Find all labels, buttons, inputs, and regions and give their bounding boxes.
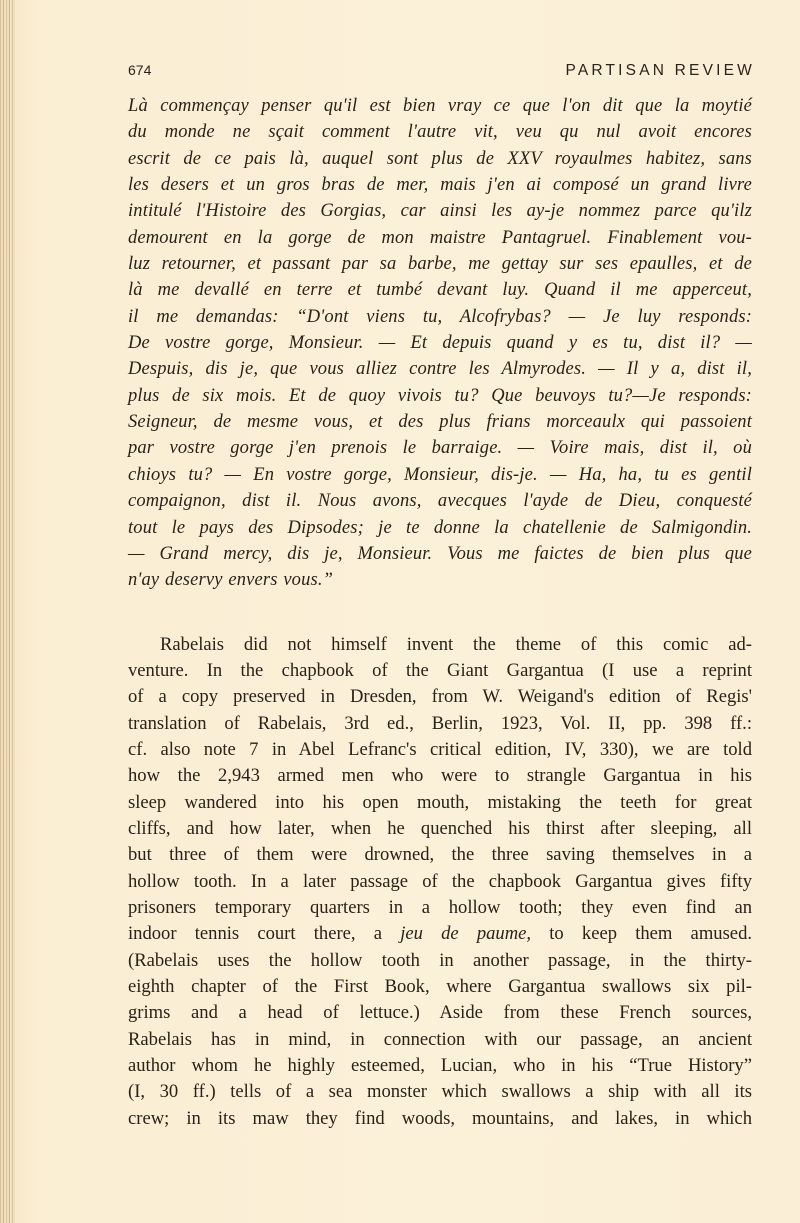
page-header: 674 PARTISAN REVIEW xyxy=(128,62,752,84)
page-number: 674 xyxy=(128,62,151,78)
prose-line: of a copy preserved in Dresden, from W. … xyxy=(128,684,752,710)
prose-text: to keep them amused. xyxy=(531,923,752,944)
prose-line: but three of them were drowned, the thre… xyxy=(128,842,752,868)
prose-line: Rabelais has in mind, in connection with… xyxy=(128,1027,752,1053)
page-body: Là commençay penser qu'il est bien vray … xyxy=(128,93,752,1132)
quote-line: par vostre gorge j'en prenois le barraig… xyxy=(128,435,752,461)
quote-line: n'ay deservy envers vous.” xyxy=(128,567,752,593)
prose-line: crew; in its maw they find woods, mounta… xyxy=(128,1106,752,1132)
page-edge-stack xyxy=(0,0,15,1223)
quote-line: les desers et un gros bras de mer, mais … xyxy=(128,172,752,198)
prose-text: indoor tennis court there, a xyxy=(128,923,400,944)
commentary-paragraph: Rabelais did not himself invent the them… xyxy=(128,632,752,1133)
quote-line: — Grand mercy, dis je, Monsieur. Vous me… xyxy=(128,541,752,567)
quote-line: là me devallé en terre et tumbé devant l… xyxy=(128,277,752,303)
running-head: PARTISAN REVIEW xyxy=(565,62,755,80)
prose-line: how the 2,943 armed men who were to stra… xyxy=(128,763,752,789)
prose-line: translation of Rabelais, 3rd ed., Berlin… xyxy=(128,711,752,737)
quote-line: plus de six mois. Et de quoy vivois tu? … xyxy=(128,383,752,409)
prose-line: cf. also note 7 in Abel Lefranc's critic… xyxy=(128,737,752,763)
quote-line: du monde ne sçait comment l'autre vit, v… xyxy=(128,119,752,145)
quote-line: Seigneur, de mesme vous, et des plus fri… xyxy=(128,409,752,435)
prose-line: author whom he highly esteemed, Lucian, … xyxy=(128,1053,752,1079)
prose-line: grims and a head of lettuce.) Aside from… xyxy=(128,1000,752,1026)
italic-phrase: jeu de paume, xyxy=(400,923,531,944)
prose-line: (Rabelais uses the hollow tooth in anoth… xyxy=(128,948,752,974)
scanned-page: 674 PARTISAN REVIEW Là commençay penser … xyxy=(0,0,800,1223)
quote-line: De vostre gorge, Monsieur. — Et depuis q… xyxy=(128,330,752,356)
prose-line: venture. In the chapbook of the Giant Ga… xyxy=(128,658,752,684)
french-quotation: Là commençay penser qu'il est bien vray … xyxy=(128,93,752,594)
prose-line: (I, 30 ff.) tells of a sea monster which… xyxy=(128,1079,752,1105)
prose-line-with-italic: indoor tennis court there, a jeu de paum… xyxy=(128,921,752,947)
quote-line: luz retourner, et passant par sa barbe, … xyxy=(128,251,752,277)
prose-line: Rabelais did not himself invent the them… xyxy=(128,632,752,658)
quote-line: compaignon, dist il. Nous avons, avecque… xyxy=(128,488,752,514)
prose-line: hollow tooth. In a later passage of the … xyxy=(128,869,752,895)
quote-line: Despuis, dis je, que vous alliez contre … xyxy=(128,356,752,382)
prose-line: eighth chapter of the First Book, where … xyxy=(128,974,752,1000)
quote-line: intitulé l'Histoire des Gorgias, car ain… xyxy=(128,198,752,224)
quote-line: demourent en la gorge de mon maistre Pan… xyxy=(128,225,752,251)
prose-line: prisoners temporary quarters in a hollow… xyxy=(128,895,752,921)
prose-line: sleep wandered into his open mouth, mist… xyxy=(128,790,752,816)
paragraph-gap xyxy=(128,594,752,632)
quote-line: escrit de ce pais là, auquel sont plus d… xyxy=(128,146,752,172)
prose-line: cliffs, and how later, when he quenched … xyxy=(128,816,752,842)
quote-line: Là commençay penser qu'il est bien vray … xyxy=(128,93,752,119)
quote-line: chioys tu? — En vostre gorge, Monsieur, … xyxy=(128,462,752,488)
quote-line: il me demandas: “D'ont viens tu, Alcofry… xyxy=(128,304,752,330)
quote-line: tout le pays des Dipsodes; je te donne l… xyxy=(128,515,752,541)
